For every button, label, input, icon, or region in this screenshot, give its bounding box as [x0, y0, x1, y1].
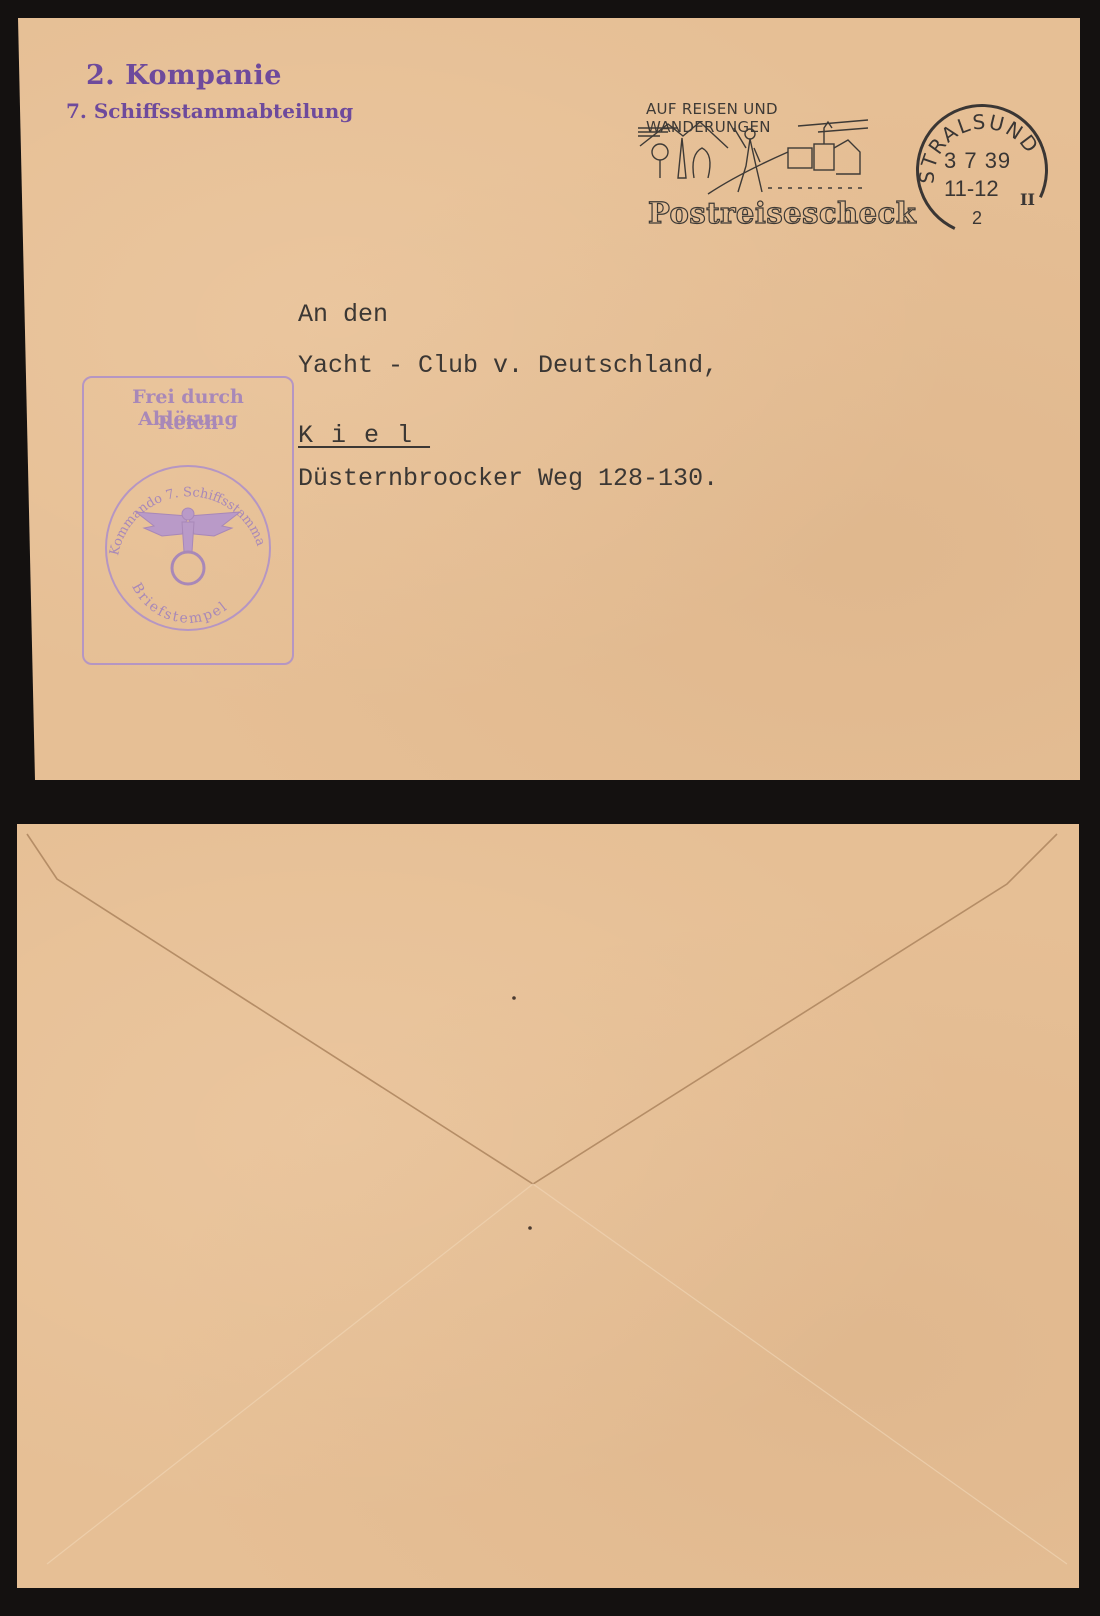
postmark-roman: II — [1020, 190, 1035, 209]
slogan-bottom-text: Postreisescheck — [648, 196, 916, 230]
address-line-street: Düsternbroocker Weg 128-130. — [298, 464, 718, 493]
postmark-date: 3 7 39 — [944, 148, 1011, 174]
postmark-time: 11-12 — [944, 176, 999, 202]
envelope-back — [17, 824, 1079, 1588]
free-frank-stamp: Frei durch Ablösung Reich Kommando 7. Sc… — [82, 376, 294, 665]
envelope-flap-lines — [17, 824, 1079, 1588]
free-frank-line2: Reich — [84, 412, 292, 434]
svg-text:Briefstempel: Briefstempel — [128, 580, 231, 627]
sender-stamp-division: 7. Schiffsstammabteilung — [66, 99, 353, 123]
address-line-recipient: Yacht - Club v. Deutschland, — [298, 351, 718, 380]
hiker-landscape-icon — [638, 118, 868, 198]
address-line-city: Kiel — [298, 421, 430, 450]
eagle-emblem-icon — [136, 508, 240, 584]
postmark: STRALSUND 3 7 39 11-12 2 II — [916, 104, 1048, 236]
envelope-front: 2. Kompanie 7. Schiffsstammabteilung AUF… — [18, 18, 1080, 780]
slogan-cancellation: AUF REISEN UND WANDERUNGEN Postreisesche… — [608, 78, 888, 238]
postmark-number: 2 — [972, 208, 982, 229]
sender-stamp-company: 2. Kompanie — [86, 60, 282, 91]
address-line-salutation: An den — [298, 300, 388, 329]
svg-text:Kommando 7. Schiffsstammabteil: Kommando 7. Schiffsstammabteilung — [96, 456, 268, 557]
official-seal: Kommando 7. Schiffsstammabteilung Briefs… — [96, 456, 280, 640]
